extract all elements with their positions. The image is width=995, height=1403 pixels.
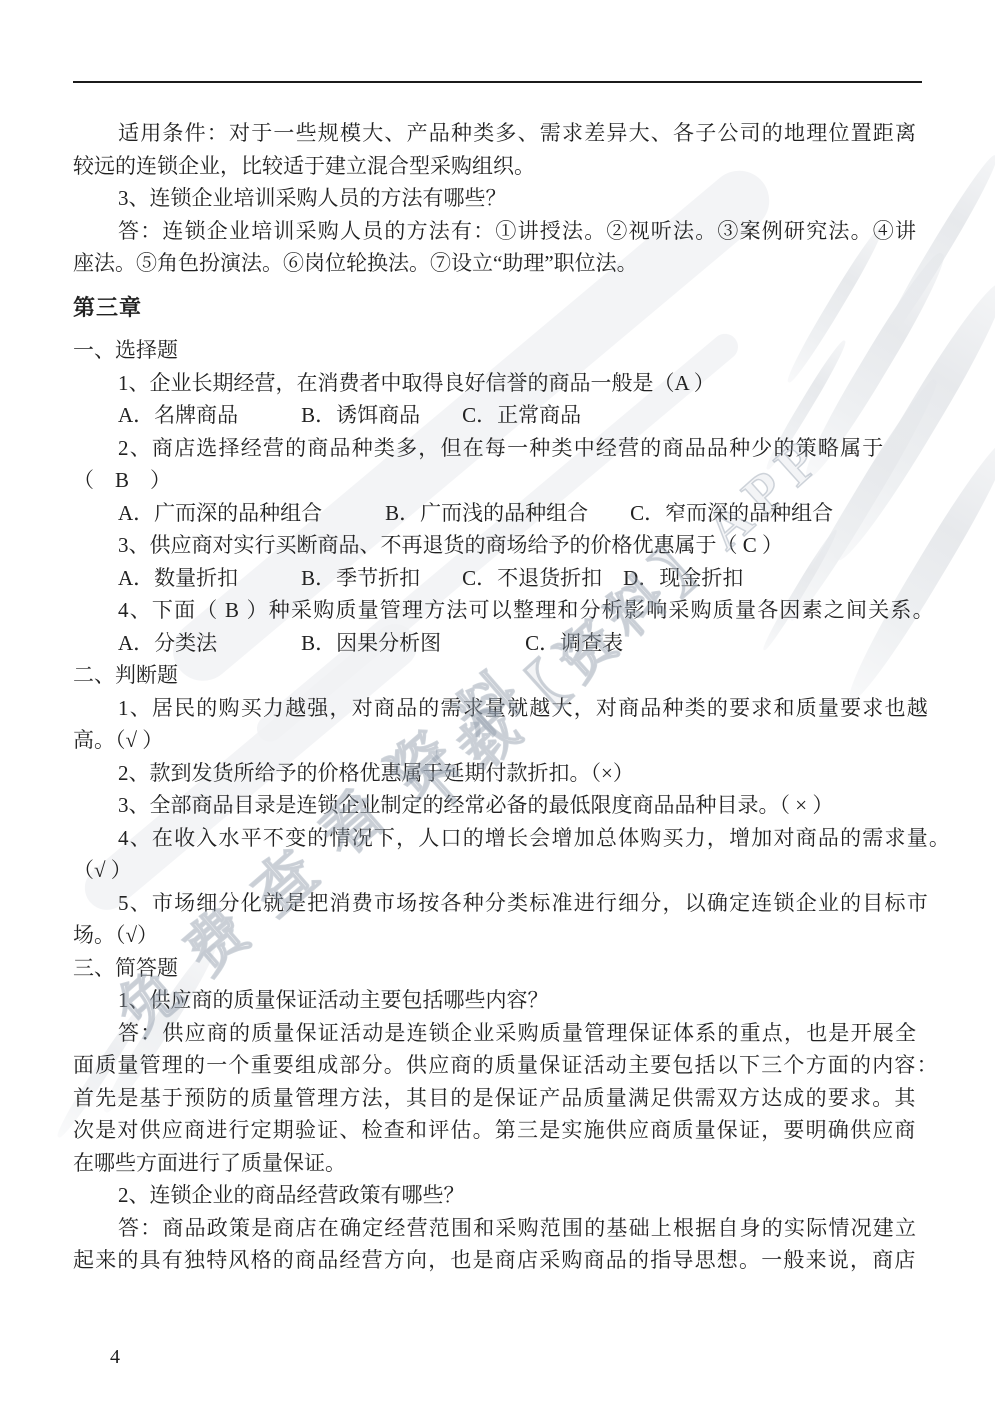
text-line: 1、居民的购买力越强，对商品的需求量就越大，对商品种类的要求和质量要求也越	[73, 692, 925, 725]
text-line: 1、企业长期经营，在消费者中取得良好信誉的商品一般是（A ）	[73, 367, 925, 400]
text-line: 2、商店选择经营的商品种类多，但在每一种类中经营的商品品种少的策略属于	[73, 432, 925, 465]
text-line: 2、连锁企业的商品经营政策有哪些？	[73, 1179, 925, 1212]
text-line: A．数量折扣 B．季节折扣 C．不退货折扣 D．现金折扣	[73, 562, 925, 595]
text-line: 答：连锁企业培训采购人员的方法有：①讲授法。②视听法。③案例研究法。④讲	[73, 215, 925, 248]
text-line: A．名牌商品 B．诱饵商品 C．正常商品	[73, 399, 925, 432]
text-line: 4、下面（ B ）种采购质量管理方法可以整理和分析影响采购质量各因素之间关系。	[73, 594, 925, 627]
text-line: 在哪些方面进行了质量保证。	[73, 1147, 925, 1180]
text-line: 答：供应商的质量保证活动是连锁企业采购质量管理保证体系的重点，也是开展全	[73, 1017, 925, 1050]
text-line: 3、全部商品目录是连锁企业制定的经常必备的最低限度商品品种目录。（ × ）	[73, 789, 925, 822]
text-line: 座法。⑤角色扮演法。⑥岗位轮换法。⑦设立“助理”职位法。	[73, 247, 925, 280]
text-line: 5、市场细分化就是把消费市场按各种分类标准进行细分，以确定连锁企业的目标市	[73, 887, 925, 920]
text-line: 较远的连锁企业，比较适于建立混合型采购组织。	[73, 150, 925, 183]
text-line: 适用条件：对于一些规模大、产品种类多、需求差异大、各子公司的地理位置距离	[73, 117, 925, 150]
document-body: 适用条件：对于一些规模大、产品种类多、需求差异大、各子公司的地理位置距离较远的连…	[73, 117, 925, 1277]
text-line: （ B ）	[73, 464, 925, 497]
text-line: 二、判断题	[73, 659, 925, 692]
text-line: 场。（√）	[73, 919, 925, 952]
text-line: 一、选择题	[73, 334, 925, 367]
text-line: 答：商品政策是商店在确定经营范围和采购范围的基础上根据自身的实际情况建立	[73, 1212, 925, 1245]
text-line: 三、简答题	[73, 952, 925, 985]
text-line: 次是对供应商进行定期验证、检查和评估。第三是实施供应商质量保证，要明确供应商	[73, 1114, 925, 1147]
text-line: 起来的具有独特风格的商品经营方向，也是商店采购商品的指导思想。一般来说，商店	[73, 1244, 925, 1277]
text-line: 高。（√ ）	[73, 724, 925, 757]
text-line: 面质量管理的一个重要组成部分。供应商的质量保证活动主要包括以下三个方面的内容：	[73, 1049, 925, 1082]
text-line: 3、连锁企业培训采购人员的方法有哪些？	[73, 182, 925, 215]
page-number: 4	[110, 1346, 120, 1369]
text-line: A．分类法 B．因果分析图 C．调查表	[73, 627, 925, 660]
text-line: 首先是基于预防的质量管理方法，其目的是保证产品质量满足供需双方达成的要求。其	[73, 1082, 925, 1115]
text-line: 1、供应商的质量保证活动主要包括哪些内容？	[73, 984, 925, 1017]
text-line: （√ ）	[73, 854, 925, 887]
document-page: 适用条件：对于一些规模大、产品种类多、需求差异大、各子公司的地理位置距离较远的连…	[0, 0, 995, 1403]
chapter-heading: 第三章	[73, 292, 925, 325]
text-line: A．广而深的品种组合 B．广而浅的品种组合 C．窄而深的品种组合	[73, 497, 925, 530]
text-line: 4、在收入水平不变的情况下，人口的增长会增加总体购买力，增加对商品的需求量。	[73, 822, 925, 855]
horizontal-rule	[73, 81, 922, 83]
text-line: 3、供应商对实行买断商品、不再退货的商场给予的价格优惠属于（ C ）	[73, 529, 925, 562]
text-line: 2、款到发货所给予的价格优惠属于延期付款折扣。（×）	[73, 757, 925, 790]
